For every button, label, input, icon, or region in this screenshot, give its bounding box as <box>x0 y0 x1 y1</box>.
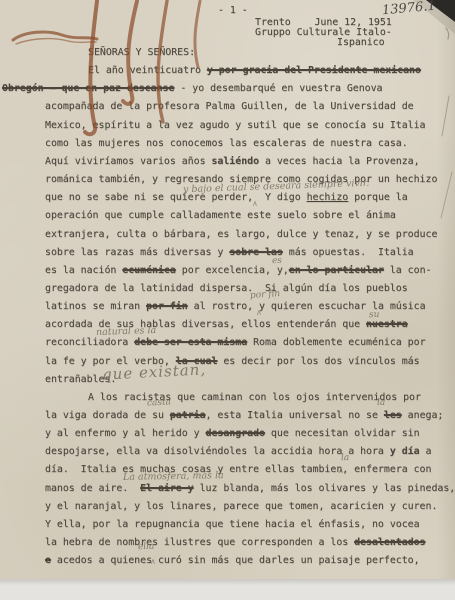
typed-segment: la viga dorada de su <box>45 410 170 421</box>
handwritten-note: la <box>377 398 385 408</box>
handwritten-note: casta <box>147 397 172 408</box>
typed-line: despojarse, ella va disolviéndoles la ac… <box>45 446 431 458</box>
typed-segment: a <box>420 446 432 457</box>
handwritten-note: su <box>369 310 380 321</box>
typed-segment-strike: debe ser esta misma <box>134 337 247 348</box>
scanned-letter-view: { "colors": { "paper": "#d8d1c1", "typed… <box>0 0 455 600</box>
typed-segment-strike: desangrado <box>206 428 265 439</box>
typed-segment: acedos a quienes curó sin más que darles… <box>51 555 420 566</box>
typed-segment-strike: ecuménica <box>122 265 176 276</box>
typed-line: operación que cumple calladamente este s… <box>45 210 396 222</box>
typed-segment: El año veinticuatro <box>88 65 207 76</box>
typed-segment-strike: en lo particular <box>289 265 384 276</box>
typed-segment-underline: hechizo <box>307 192 349 203</box>
typed-segment: es la nación <box>45 265 122 276</box>
pen-stroke-icon <box>195 1 200 67</box>
typed-segment: día. Italia es muchas cosas y entre ella… <box>45 464 431 475</box>
insertion-caret: ∧ <box>252 199 258 208</box>
typed-line: Mexico, espíritu a la vez agudo y sutil … <box>45 120 426 132</box>
typed-segment: que necesitan olvidar sin <box>265 428 420 439</box>
typed-line: extranjera, culta o bárbara, es largo, d… <box>45 229 437 241</box>
typed-segment: la con- <box>384 265 432 276</box>
typed-segment: A los racistas que caminan con los ojos … <box>88 392 421 403</box>
typed-segment: latinos se miran <box>45 301 146 312</box>
typed-line: y el naranjal, y los linares, parece que… <box>45 501 437 513</box>
typed-segment: que no se sabe ni se quiere perder, Y di… <box>45 192 307 203</box>
page-number: - 1 - <box>218 5 248 16</box>
typed-line: A los racistas que caminan con los ojos … <box>88 392 421 404</box>
org-name-line2: Ispanico <box>337 37 385 48</box>
typed-segment: y el naranjal, y los linares, parece que… <box>45 501 437 512</box>
typed-line: Obregón — que en paz descanse - yo desem… <box>2 83 383 95</box>
typed-segment: Aquí viviríamos varios años <box>45 156 211 167</box>
insertion-caret: ∧ <box>338 466 344 475</box>
typed-segment: por excelencia, y, <box>176 265 289 276</box>
handwritten-note: ella <box>138 542 155 553</box>
typed-segment-strike: desalentados <box>354 537 425 548</box>
typed-line: día. Italia es muchas cosas y entre ella… <box>45 464 431 476</box>
typed-segment-strike: Obregón — que en paz descanse <box>2 83 174 94</box>
typed-segment: extranjera, culta o bárbara, es largo, d… <box>45 229 437 240</box>
archive-number: 13976.1 <box>381 0 436 18</box>
typed-line: reconciliadora debe ser esta misma Roma … <box>45 337 426 349</box>
pencil-mark-icon <box>442 96 449 136</box>
typed-line: Y ella, por la repugnancia que tiene hac… <box>45 519 420 531</box>
typed-line: que no se sabe ni se quiere perder, Y di… <box>45 192 408 204</box>
typed-segment: manos de aire. <box>45 483 140 494</box>
typed-line: manos de aire. El aire y luz blanda, más… <box>45 483 455 495</box>
typed-segment: acompañada de la profesora Palma Guillen… <box>45 101 414 112</box>
typed-segment: al rostro, y quieren escuchar la música <box>188 301 426 312</box>
typed-segment: Roma doblemente ecuménica por <box>247 337 425 348</box>
pencil-mark-icon <box>441 172 452 218</box>
pen-scribble-icon <box>16 39 96 44</box>
typed-line: SEÑORAS Y SEÑORES: <box>88 47 195 59</box>
typed-line: El año veinticuatro y por gracia del Pre… <box>88 65 421 77</box>
typed-line: sobre las razas más diversas y sobre las… <box>45 247 414 259</box>
typed-segment-bold: y día <box>390 446 420 457</box>
typed-segment-strike: patria <box>170 410 206 421</box>
handwritten-note: por fin <box>250 289 281 301</box>
typed-segment: Y ella, por la repugnancia que tiene hac… <box>45 519 420 530</box>
typed-segment: anega; <box>402 410 444 421</box>
typed-segment: es decir por los dos vínculos más <box>217 356 419 367</box>
typed-segment: más opuestas. Italia <box>283 247 414 258</box>
typed-line: gregadora de la latinidad dispersa. Si a… <box>45 283 408 295</box>
typed-line: Aquí viviríamos varios años saliéndo a v… <box>45 156 420 168</box>
typed-line: e acedos a quienes curó sin más que darl… <box>45 555 420 567</box>
typed-segment-strike: y por gracia del Presidente mexicano <box>207 65 421 76</box>
typed-line: la hebra de nombres ilustres que corresp… <box>45 537 426 549</box>
handwritten-note: La atmósfera, más la <box>123 470 224 483</box>
typed-segment: Mexico, espíritu a la vez agudo y sutil … <box>45 120 426 131</box>
typed-segment: sobre las razas más diversas y <box>45 247 229 258</box>
typed-line: acompañada de la profesora Palma Guillen… <box>45 101 414 113</box>
typed-segment: porque la <box>348 192 407 203</box>
typed-segment: luz blanda, más los olivares y las pined… <box>194 483 455 494</box>
insertion-caret: ∧ <box>150 557 156 566</box>
typed-segment: despojarse, ella va disolviéndoles la ac… <box>45 446 390 457</box>
typed-segment: la hebra de nombres ilustres que corresp… <box>45 537 354 548</box>
typed-segment-strike: por fin <box>146 301 188 312</box>
typed-segment: SEÑORAS Y SEÑORES: <box>88 47 195 58</box>
typed-segment-strike: El aire y <box>140 483 194 494</box>
typed-line: y al enfermo y al herido y desangrado qu… <box>45 428 420 440</box>
manuscript-page: - 1 - Trento June 12, 1951 Gruppo Cultur… <box>0 0 455 579</box>
pen-scribble-icon <box>13 32 97 40</box>
typed-segment-bold: saliéndo <box>211 156 259 167</box>
scan-background <box>0 579 455 600</box>
handwritten-note: natural es la <box>96 325 157 338</box>
typed-segment: acordada de sus hablas diversas, ellos e… <box>45 319 366 330</box>
typed-line: es la nación ecuménica por excelencia, y… <box>45 265 431 277</box>
handwritten-note: es <box>272 256 282 267</box>
typed-segment: , esta Italia universal no se <box>206 410 384 421</box>
typed-line: como las mujeres nos conocemos las escal… <box>45 138 408 150</box>
typed-line: la viga dorada de su patria, esta Italia… <box>45 410 443 422</box>
typed-segment: como las mujeres nos conocemos las escal… <box>45 138 408 149</box>
typed-segment: - yo desembarqué en vuestra Genova <box>174 83 382 94</box>
typed-segment: y al enfermo y al herido y <box>45 428 206 439</box>
typed-segment-strike: nuestra <box>366 319 408 330</box>
typed-segment-strike: les <box>384 410 402 421</box>
typed-segment: reconciliadora <box>45 337 134 348</box>
typed-segment: a veces hacia la Provenza, <box>259 156 420 167</box>
typed-segment: operación que cumple calladamente este s… <box>45 210 396 221</box>
handwritten-note: la <box>341 453 350 463</box>
typed-segment: gregadora de la latinidad dispersa. Si a… <box>45 283 408 294</box>
pencil-mark-icon <box>446 28 449 39</box>
insertion-caret: ∧ <box>256 308 262 317</box>
